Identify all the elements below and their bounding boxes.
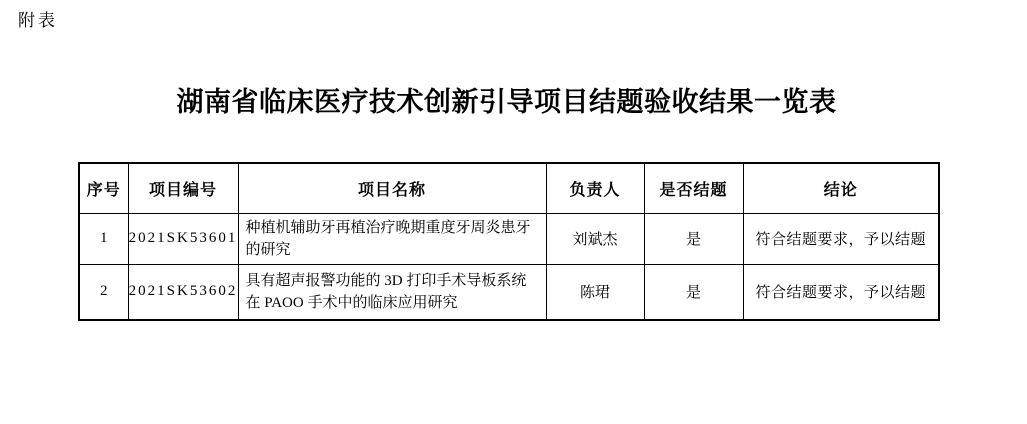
header-concluded: 是否结题 [644, 163, 743, 213]
header-conclusion: 结论 [743, 163, 939, 213]
table-header-row: 序号 项目编号 项目名称 负责人 是否结题 结论 [79, 163, 939, 213]
cell-leader: 刘斌杰 [546, 213, 644, 264]
cell-project-name: 具有超声报警功能的 3D 打印手术导板系统在 PAOO 手术中的临床应用研究 [238, 264, 546, 320]
cell-project-name: 种植机辅助牙再植治疗晚期重度牙周炎患牙的研究 [238, 213, 546, 264]
table-row: 2 2021SK53602 具有超声报警功能的 3D 打印手术导板系统在 PAO… [79, 264, 939, 320]
header-project-name: 项目名称 [238, 163, 546, 213]
cell-serial-number: 1 [79, 213, 128, 264]
cell-conclusion: 符合结题要求，予以结题 [743, 264, 939, 320]
header-leader: 负责人 [546, 163, 644, 213]
cell-concluded: 是 [644, 264, 743, 320]
page-title: 湖南省临床医疗技术创新引导项目结题验收结果一览表 [0, 80, 1013, 119]
table-row: 1 2021SK53601 种植机辅助牙再植治疗晚期重度牙周炎患牙的研究 刘斌杰… [79, 213, 939, 264]
cell-conclusion: 符合结题要求，予以结题 [743, 213, 939, 264]
cell-project-code: 2021SK53602 [128, 264, 238, 320]
cell-concluded: 是 [644, 213, 743, 264]
header-project-code: 项目编号 [128, 163, 238, 213]
appendix-label: 附表 [18, 6, 58, 31]
cell-leader: 陈珺 [546, 264, 644, 320]
cell-project-code: 2021SK53601 [128, 213, 238, 264]
results-table: 序号 项目编号 项目名称 负责人 是否结题 结论 1 2021SK53601 种… [78, 162, 940, 321]
header-serial-number: 序号 [79, 163, 128, 213]
cell-serial-number: 2 [79, 264, 128, 320]
